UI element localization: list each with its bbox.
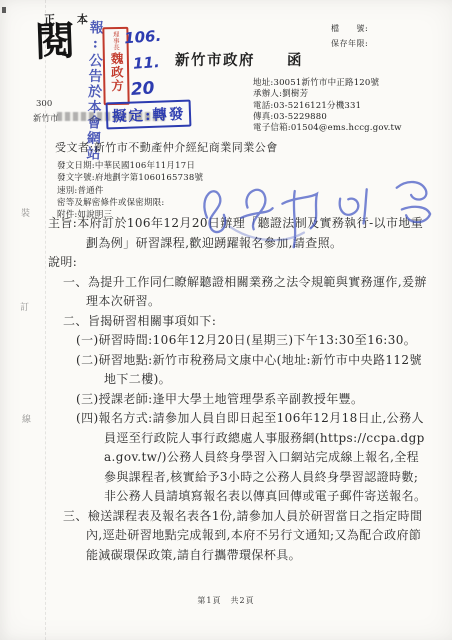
binding-dotted-line [45,0,46,640]
subject-label: 主旨: [48,216,77,230]
file-number-label: 檔 號: [331,21,368,36]
document-title: 新竹市政府 函 [175,49,303,70]
date-year: 106. [123,23,162,52]
date-month: 11. [132,49,164,77]
contact-email: 電子信箱:01504@ems.hccg.gov.tw [253,123,402,134]
item-number: 二、 [63,314,88,328]
contact-block: 地址:30051新竹市中正路120號 承辦人:劉樹芳 電話:03-5216121… [253,78,402,134]
binding-mark-ding: 訂 [20,300,29,313]
item-number: 三、 [63,509,88,523]
sub-item-number: (二) [76,353,99,367]
binding-mark-zhuang: 裝 [21,206,30,219]
letter-body: 主旨:本府訂於106年12月20日辦理「聽證法制及實務執行-以市地重劃為例」研習… [48,214,430,565]
item-number: 一、 [63,275,88,289]
item-text: 旨揭研習相關事項如下: [88,314,216,328]
chairman-title: 理事長 [112,31,119,51]
handwritten-date-stamp: 106. 11. 20 [123,23,165,103]
date-day: 20 [130,75,166,103]
explanation-item-3: 三、檢送課程表及報名表各1份,請參加人員於研習當日之指定時間內,逕赴研習地點完成… [48,507,430,566]
sub-item-text: 授課老師:逢甲大學土地管理學系辛副教授年豐。 [99,392,364,406]
item-text: 為提升工作同仁瞭解聽證相關業務之法令規範與實務運作,爰辦理本次研習。 [86,275,427,309]
file-number-block: 檔 號: 保存年限: [331,21,368,51]
handwritten-signature [191,164,440,267]
sub-item-number: (一) [76,333,99,347]
sub-item-number: (三) [76,392,99,406]
scanned-official-letter: 裝 訂 線 正 本 閱 報:公告於本會網站 理事長 魏政方 106. 11. 2… [0,0,452,640]
retention-label: 保存年限: [331,36,368,51]
action-stamp: 擬定:轉發 [106,100,192,130]
sub-item-text: 研習地點:新竹市稅務局文康中心(地址:新竹市中央路112號地下二樓)。 [99,353,422,387]
page-number-footer: 第1頁 共2頁 [0,595,452,606]
sub-item-text: 研習時間:106年12月20日(星期三)下午13:30至16:30。 [99,333,417,347]
sub-item-text: 報名方式:請參加人員自即日起至106年12月18日止,公務人員逕至行政院人事行政… [99,411,427,503]
recipient-line: 受文者:新竹市不動產仲介經紀商業同業公會 [55,139,278,155]
contact-phone: 電話:03-5216121分機331 [253,101,402,112]
contact-fax: 傳真:03-5229880 [253,112,402,123]
recipient-zip: 300 [36,99,52,109]
chairman-name: 魏政方 [109,51,122,92]
issue-date-line: 發文日期:中華民國106年11月17日 [57,160,278,172]
contact-address: 地址:30051新竹市中正路120號 [253,78,402,89]
recipient-address-partial: 新竹市 [33,112,59,124]
explanation-item-2: 二、旨揭研習相關事項如下: [48,312,430,332]
read-stamp: 閱 [34,21,75,62]
binding-mark-xian: 線 [22,412,31,425]
explanation-item-1: 一、為提升工作同仁瞭解聽證相關業務之法令規範與實務運作,爰辦理本次研習。 [48,273,430,312]
sub-item-number: (四) [76,411,99,425]
sub-item-4: (四)報名方式:請參加人員自即日起至106年12月18日止,公務人員逕至行政院人… [48,409,430,507]
sub-item-2: (二)研習地點:新竹市稅務局文康中心(地址:新竹市中央路112號地下二樓)。 [48,351,430,390]
item-text: 檢送課程表及報名表各1份,請參加人員於研習當日之指定時間內,逕赴研習地點完成報到… [86,509,422,562]
scan-artifact-dot [2,7,6,13]
contact-officer: 承辦人:劉樹芳 [253,89,402,100]
sub-item-3: (三)授課老師:逢甲大學土地管理學系辛副教授年豐。 [48,390,430,410]
sub-item-1: (一)研習時間:106年12月20日(星期三)下午13:30至16:30。 [48,331,430,351]
